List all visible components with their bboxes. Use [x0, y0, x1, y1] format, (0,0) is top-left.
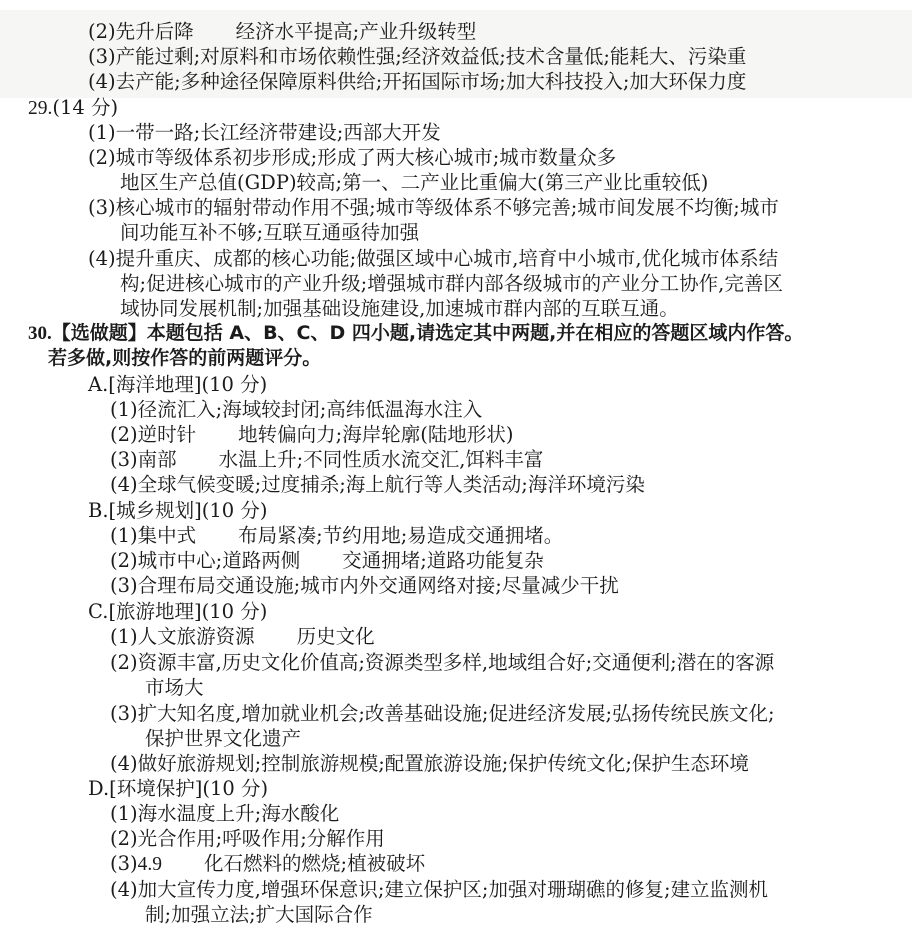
q28-item-4: (4)去产能;多种途径保障原料供给;开拓国际市场;加大科技投入;加大环保力度: [88, 69, 746, 94]
section-letter: C.: [88, 600, 108, 623]
section-c-item-3-cont: 保护世界文化遗产: [145, 726, 301, 751]
section-letter: D.: [88, 777, 109, 800]
item-text: 海水温度上升;海水酸化: [138, 802, 340, 825]
item-text: 市场大: [145, 676, 204, 699]
section-d-item-1: (1)海水温度上升;海水酸化: [110, 801, 339, 826]
item-text-b: 布局紧凑;节约用地;易造成交通拥堵。: [238, 524, 563, 547]
section-a-title: A.[海洋地理](10 分): [88, 372, 267, 397]
section-title: [旅游地理](10 分): [108, 600, 267, 623]
item-label: (1): [110, 398, 138, 421]
question-number: 29.: [28, 98, 52, 119]
section-c-title: C.[旅游地理](10 分): [88, 599, 267, 624]
section-b-title: B.[城乡规划](10 分): [88, 498, 267, 523]
item-label: (2): [88, 20, 116, 43]
section-d-item-2: (2)光合作用;呼吸作用;分解作用: [110, 826, 385, 851]
heading-text: 若多做,则按作答的前两题评分。: [48, 347, 321, 369]
section-c-item-2: (2)资源丰富,历史文化价值高;资源类型多样,地域组合好;交通便利;潜在的客源: [110, 650, 774, 675]
section-d-item-3: (3)4.9化石燃料的燃烧;植被破坏: [110, 851, 425, 877]
item-label: (4): [110, 752, 138, 775]
q29-item-3-cont: 间功能互补不够;互联互通亟待加强: [120, 220, 419, 245]
item-label: (3): [88, 196, 116, 219]
q29-item-2-cont: 地区生产总值(GDP)较高;第一、二产业比重偏大(第三产业比重较低): [120, 170, 708, 195]
item-label: (4): [110, 473, 138, 496]
item-text: 光合作用;呼吸作用;分解作用: [138, 827, 385, 850]
item-label: (1): [110, 802, 138, 825]
item-text-a: 南部: [138, 448, 177, 471]
item-label: (4): [88, 70, 116, 93]
item-text-b: 交通拥堵;道路功能复杂: [342, 549, 544, 572]
q30-heading-cont: 若多做,则按作答的前两题评分。: [48, 346, 321, 371]
section-title: [城乡规划](10 分): [109, 499, 268, 522]
section-letter: B.: [88, 499, 109, 522]
item-label: (1): [110, 524, 138, 547]
section-c-item-2-cont: 市场大: [145, 675, 204, 700]
section-letter: A.: [88, 373, 108, 396]
item-text: 核心城市的辐射带动作用不强;城市等级体系不够完善;城市间发展不均衡;城市: [116, 196, 779, 219]
item-text: 地区生产总值(GDP)较高;第一、二产业比重偏大(第三产业比重较低): [120, 171, 708, 194]
q30-heading: 30.【选做题】本题包括 A、B、C、D 四小题,请选定其中两题,并在相应的答题…: [28, 321, 803, 346]
item-label: (2): [110, 423, 138, 446]
item-text-a: 逆时针: [138, 423, 197, 446]
item-label: (2): [110, 549, 138, 572]
question-number: 30.: [28, 323, 52, 344]
item-text: 径流汇入;海域较封闭;高纬低温海水注入: [138, 398, 483, 421]
item-text: 全球气候变暖;过度捕杀;海上航行等人类活动;海洋环境污染: [138, 473, 645, 496]
q29-item-2: (2)城市等级体系初步形成;形成了两大核心城市;城市数量众多: [88, 145, 616, 170]
item-text: 保护世界文化遗产: [145, 727, 301, 750]
item-label: (2): [88, 146, 116, 169]
item-text: 扩大知名度,增加就业机会;改善基础设施;促进经济发展;弘扬传统民族文化;: [138, 702, 775, 725]
section-b-item-1: (1)集中式布局紧凑;节约用地;易造成交通拥堵。: [110, 523, 563, 548]
item-text-a: 人文旅游资源: [138, 625, 255, 648]
item-text-a: 4.9: [138, 854, 162, 875]
heading-text: 【选做题】本题包括 A、B、C、D 四小题,请选定其中两题,并在相应的答题区域内…: [52, 322, 804, 344]
question-score: (14 分): [52, 96, 118, 119]
q28-item-2: (2)先升后降经济水平提高;产业升级转型: [88, 19, 476, 44]
section-title: [环境保护](10 分): [109, 777, 268, 800]
answer-key-page: (2)先升后降经济水平提高;产业升级转型 (3)产能过剩;对原料和市场依赖性强;…: [0, 0, 912, 930]
item-text-a: 城市中心;道路两侧: [138, 549, 301, 572]
section-b-item-2: (2)城市中心;道路两侧交通拥堵;道路功能复杂: [110, 548, 544, 573]
item-label: (1): [110, 625, 138, 648]
item-text: 制;加强立法;扩大国际合作: [145, 903, 373, 926]
section-d-item-4: (4)加大宣传力度,增强环保意识;建立保护区;加强对珊瑚礁的修复;建立监测机: [110, 877, 768, 902]
section-a-item-2: (2)逆时针地转偏向力;海岸轮廓(陆地形状): [110, 422, 513, 447]
item-text: 域协同发展机制;加强基础设施建设,加速城市群内部的互联互通。: [120, 297, 679, 320]
section-d-title: D.[环境保护](10 分): [88, 776, 268, 801]
item-text: 合理布局交通设施;城市内外交通网络对接;尽量减少干扰: [138, 574, 619, 597]
q29-item-4-cont-2: 域协同发展机制;加强基础设施建设,加速城市群内部的互联互通。: [120, 296, 679, 321]
q29-item-4-cont-1: 构;促进核心城市的产业升级;增强城市群内部各级城市的产业分工协作,完善区: [120, 271, 783, 296]
q28-item-3: (3)产能过剩;对原料和市场依赖性强;经济效益低;技术含量低;能耗大、污染重: [88, 44, 746, 69]
section-a-item-1: (1)径流汇入;海域较封闭;高纬低温海水注入: [110, 397, 482, 422]
item-label: (4): [88, 247, 116, 270]
section-b-item-3: (3)合理布局交通设施;城市内外交通网络对接;尽量减少干扰: [110, 573, 619, 598]
item-text: 提升重庆、成都的核心功能;做强区域中心城市,培育中小城市,优化城市体系结: [116, 247, 778, 270]
item-text-b: 化石燃料的燃烧;植被破坏: [204, 852, 425, 875]
q29-item-1: (1)一带一路;长江经济带建设;西部大开发: [88, 120, 441, 145]
section-c-item-3: (3)扩大知名度,增加就业机会;改善基础设施;促进经济发展;弘扬传统民族文化;: [110, 701, 775, 726]
item-label: (3): [110, 574, 138, 597]
item-text: 构;促进核心城市的产业升级;增强城市群内部各级城市的产业分工协作,完善区: [120, 272, 783, 295]
item-text: 加大宣传力度,增强环保意识;建立保护区;加强对珊瑚礁的修复;建立监测机: [138, 878, 768, 901]
item-text-a: 集中式: [138, 524, 197, 547]
q29-item-4: (4)提升重庆、成都的核心功能;做强区域中心城市,培育中小城市,优化城市体系结: [88, 246, 778, 271]
item-text-a: 先升后降: [116, 20, 194, 43]
item-label: (3): [110, 448, 138, 471]
item-label: (4): [110, 878, 138, 901]
item-label: (1): [88, 121, 116, 144]
item-text-b: 水温上升;不同性质水流交汇,饵料丰富: [219, 448, 544, 471]
item-label: (3): [88, 45, 116, 68]
item-label: (2): [110, 827, 138, 850]
item-text: 做好旅游规划;控制旅游规模;配置旅游设施;保护传统文化;保护生态环境: [138, 752, 749, 775]
section-d-item-4-cont: 制;加强立法;扩大国际合作: [145, 902, 373, 927]
section-title: [海洋地理](10 分): [108, 373, 267, 396]
q29-item-3: (3)核心城市的辐射带动作用不强;城市等级体系不够完善;城市间发展不均衡;城市: [88, 195, 779, 220]
item-text: 去产能;多种途径保障原料供给;开拓国际市场;加大科技投入;加大环保力度: [116, 70, 747, 93]
item-text-b: 地转偏向力;海岸轮廓(陆地形状): [238, 423, 513, 446]
item-text-b: 历史文化: [297, 625, 375, 648]
section-c-item-4: (4)做好旅游规划;控制旅游规模;配置旅游设施;保护传统文化;保护生态环境: [110, 751, 749, 776]
item-text: 一带一路;长江经济带建设;西部大开发: [116, 121, 441, 144]
item-text: 资源丰富,历史文化价值高;资源类型多样,地域组合好;交通便利;潜在的客源: [138, 651, 775, 674]
item-label: (2): [110, 651, 138, 674]
item-label: (3): [110, 702, 138, 725]
item-text: 间功能互补不够;互联互通亟待加强: [120, 221, 419, 244]
item-text: 产能过剩;对原料和市场依赖性强;经济效益低;技术含量低;能耗大、污染重: [116, 45, 747, 68]
section-a-item-3: (3)南部水温上升;不同性质水流交汇,饵料丰富: [110, 447, 543, 472]
q29-heading: 29.(14 分): [28, 95, 118, 121]
section-a-item-4: (4)全球气候变暖;过度捕杀;海上航行等人类活动;海洋环境污染: [110, 472, 645, 497]
item-label: (3): [110, 852, 138, 875]
section-c-item-1: (1)人文旅游资源历史文化: [110, 624, 375, 649]
item-text: 城市等级体系初步形成;形成了两大核心城市;城市数量众多: [116, 146, 617, 169]
item-text-b: 经济水平提高;产业升级转型: [236, 20, 477, 43]
